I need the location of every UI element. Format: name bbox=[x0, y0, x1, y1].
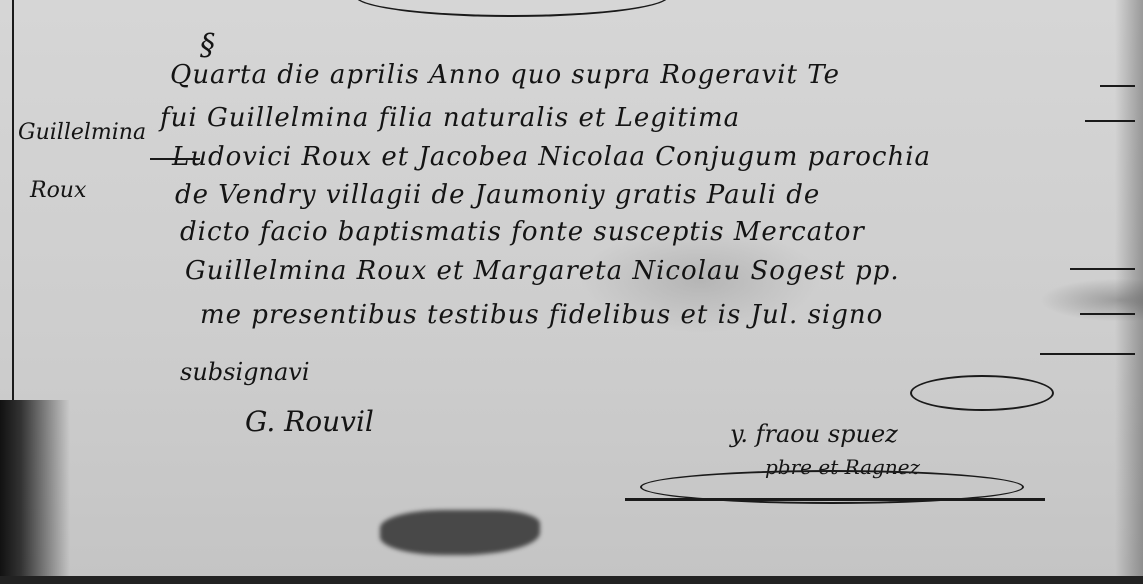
scanned-register-page: Guillelmina Roux § Quarta die aprilis An… bbox=[0, 0, 1143, 584]
register-line-2: fui Guillelmina filia naturalis et Legit… bbox=[160, 103, 740, 133]
line-filler bbox=[1080, 313, 1135, 315]
margin-rule bbox=[12, 0, 14, 430]
register-line-3: Ludovici Roux et Jacobea Nicolaa Conjugu… bbox=[172, 142, 931, 172]
closing-word: subsignavi bbox=[180, 358, 310, 386]
initial-mark: § bbox=[200, 28, 216, 63]
register-line-7: me presentibus testibus fidelibus et is … bbox=[200, 300, 883, 330]
underline bbox=[150, 158, 200, 160]
signature-witness: y. fraou spuez bbox=[730, 420, 898, 448]
register-line-6: Guillelmina Roux et Margareta Nicolau So… bbox=[185, 256, 900, 286]
torn-corner bbox=[0, 400, 70, 584]
page-bottom-edge bbox=[0, 576, 1143, 584]
top-flourish bbox=[355, 0, 669, 17]
line-filler bbox=[1085, 120, 1135, 122]
register-line-1: Quarta die aprilis Anno quo supra Rogera… bbox=[170, 60, 840, 90]
paraph-stroke bbox=[625, 498, 1045, 501]
register-line-5: dicto facio baptismatis fonte susceptis … bbox=[180, 217, 865, 247]
signature-priest: G. Rouvil bbox=[245, 405, 374, 438]
margin-name-given: Guillelmina bbox=[18, 120, 146, 145]
line-filler bbox=[1040, 353, 1135, 355]
ink-stain bbox=[380, 510, 540, 555]
page-edge-shadow bbox=[1115, 0, 1143, 584]
margin-name-surname: Roux bbox=[30, 178, 86, 203]
register-line-4: de Vendry villagii de Jaumoniy gratis Pa… bbox=[175, 180, 820, 210]
signature-flourish bbox=[910, 375, 1054, 411]
line-filler bbox=[1100, 85, 1135, 87]
line-filler bbox=[1070, 268, 1135, 270]
